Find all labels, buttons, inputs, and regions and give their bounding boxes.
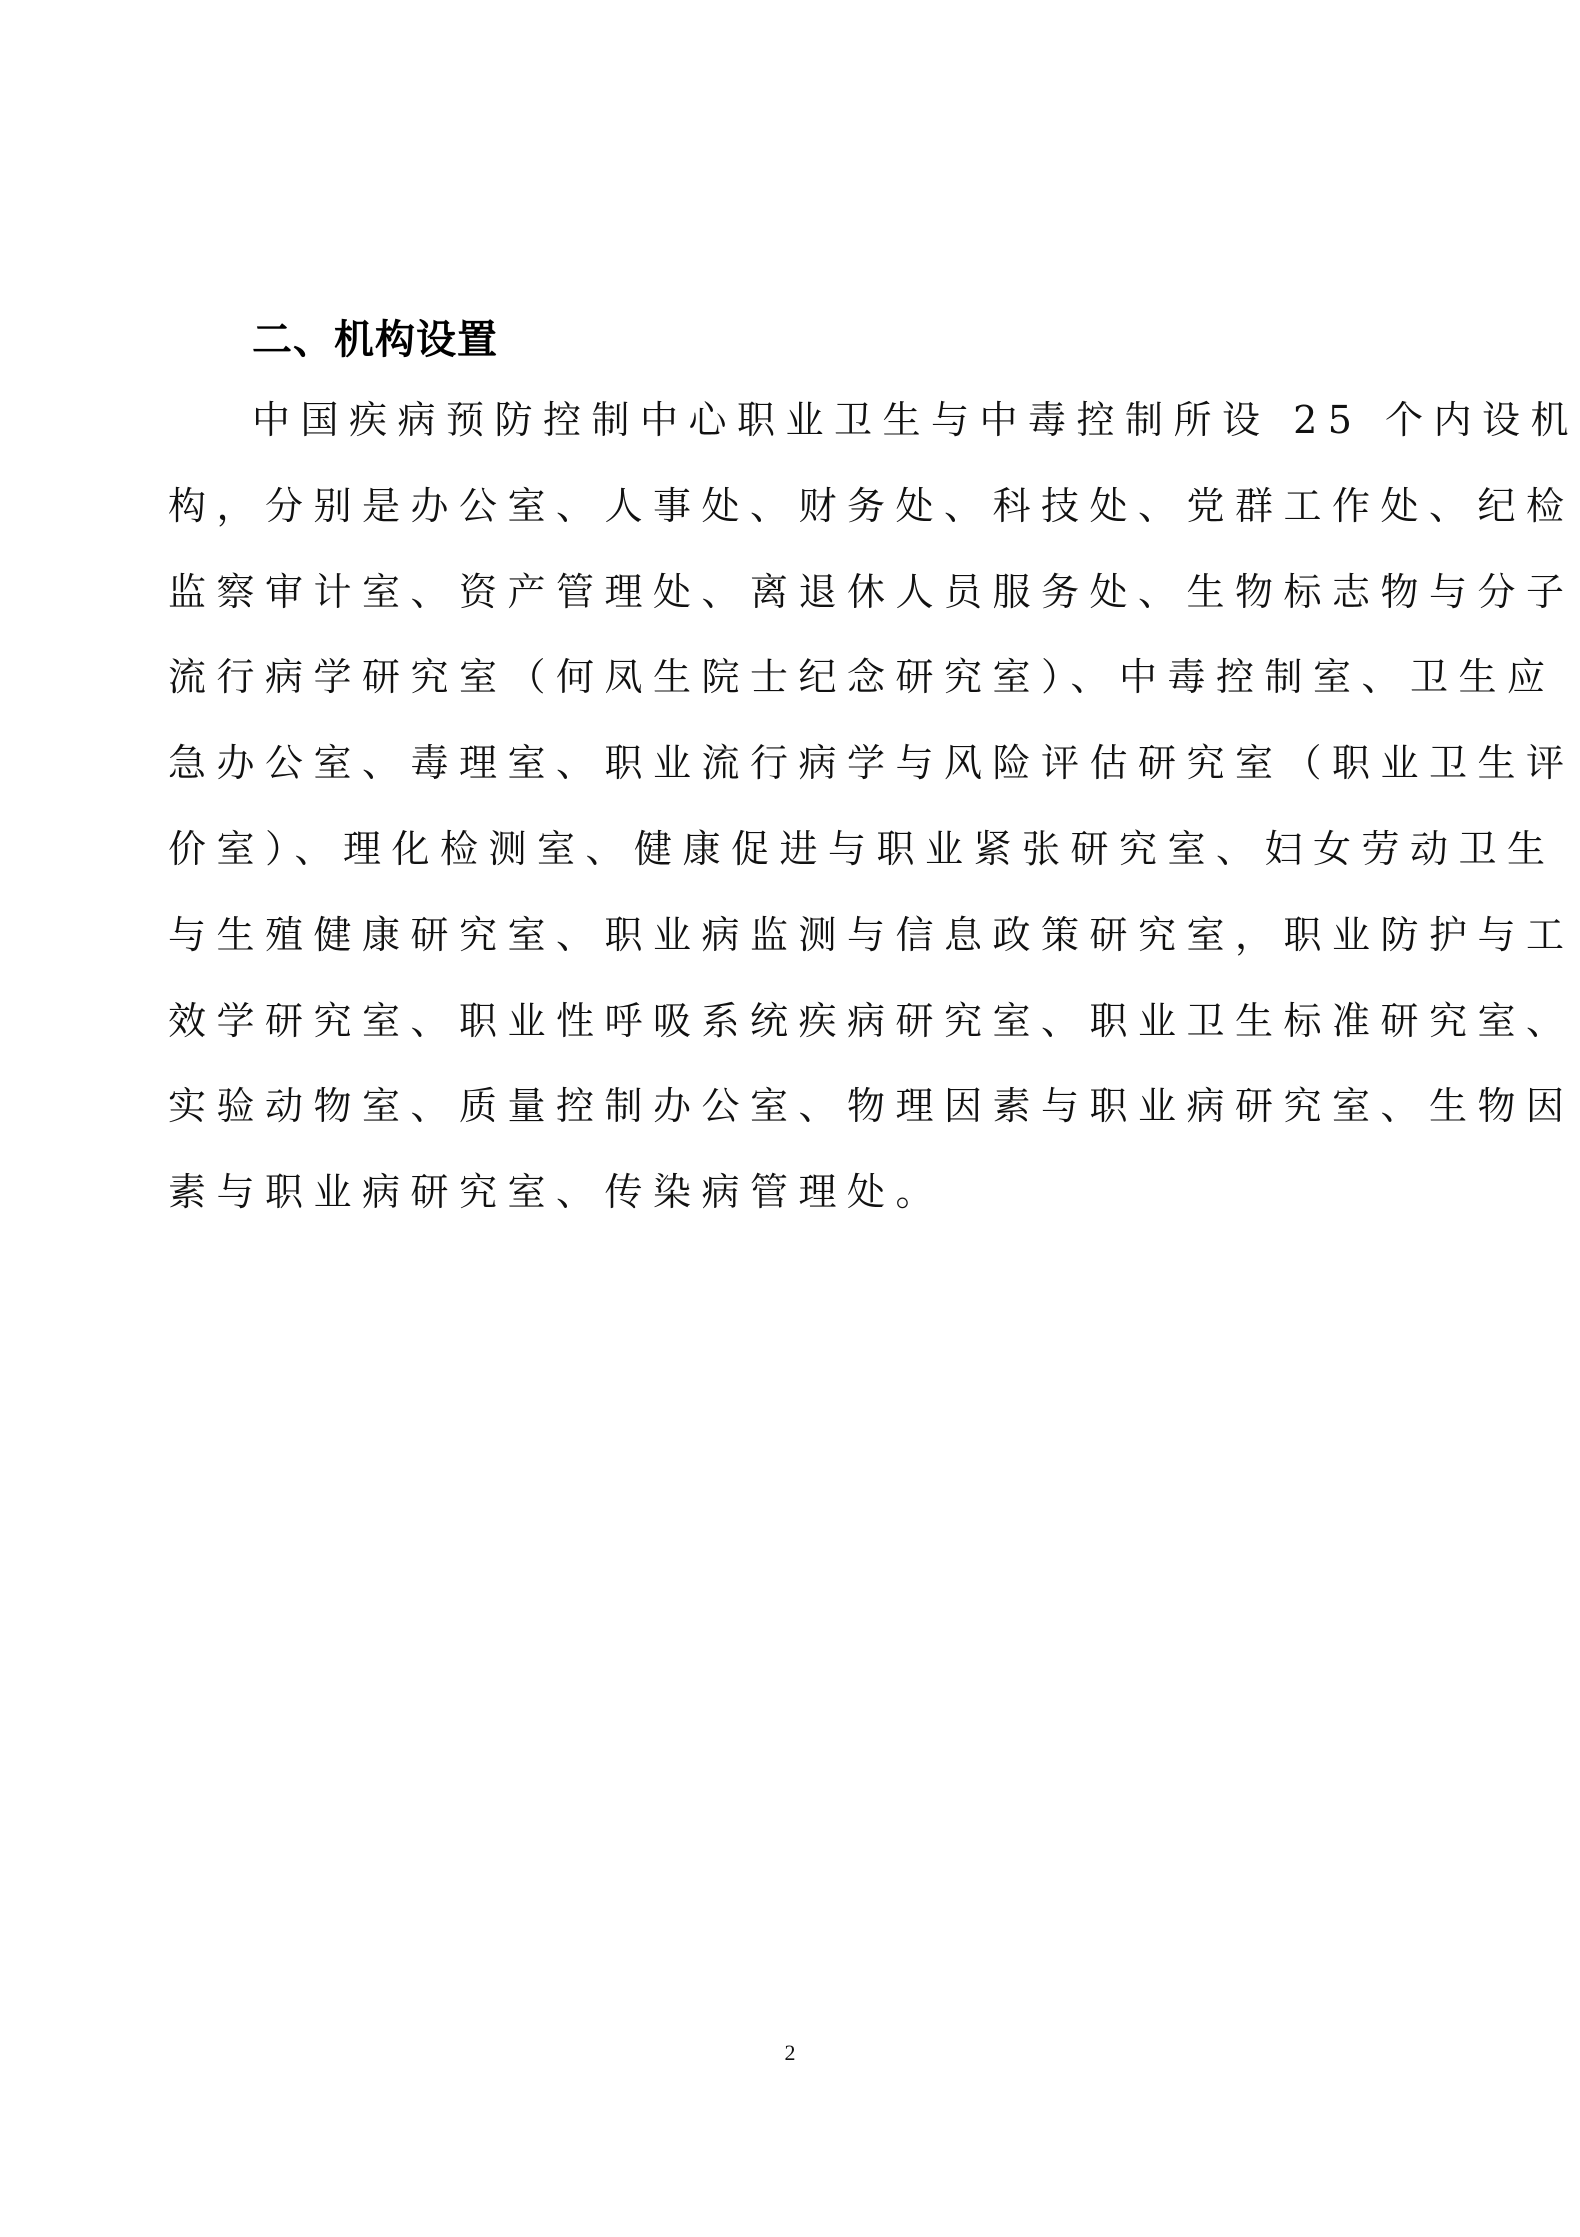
paragraph-line: 效学研究室、职业性呼吸系统疾病研究室、职业卫生标准研究室、: [168, 979, 1428, 1065]
body-paragraph: 中国疾病预防控制中心职业卫生与中毒控制所设 25 个内设机 构，分别是办公室、人…: [168, 378, 1428, 1236]
paragraph-line: 实验动物室、质量控制办公室、物理因素与职业病研究室、生物因: [168, 1064, 1428, 1150]
paragraph-line: 中国疾病预防控制中心职业卫生与中毒控制所设 25 个内设机: [168, 378, 1428, 464]
paragraph-line: 价室）、理化检测室、健康促进与职业紧张研究室、妇女劳动卫生: [168, 807, 1428, 893]
paragraph-line: 监察审计室、资产管理处、离退休人员服务处、生物标志物与分子: [168, 550, 1428, 636]
paragraph-line: 急办公室、毒理室、职业流行病学与风险评估研究室（职业卫生评: [168, 721, 1428, 807]
section-heading: 二、机构设置: [252, 312, 498, 368]
paragraph-line: 流行病学研究室（何凤生院士纪念研究室）、中毒控制室、卫生应: [168, 635, 1428, 721]
page-number: 2: [0, 2040, 1580, 2066]
paragraph-line: 素与职业病研究室、传染病管理处。: [168, 1150, 1428, 1236]
paragraph-line: 与生殖健康研究室、职业病监测与信息政策研究室，职业防护与工: [168, 893, 1428, 979]
paragraph-line: 构，分别是办公室、人事处、财务处、科技处、党群工作处、纪检: [168, 464, 1428, 550]
document-page: 二、机构设置 中国疾病预防控制中心职业卫生与中毒控制所设 25 个内设机 构，分…: [0, 0, 1580, 2237]
